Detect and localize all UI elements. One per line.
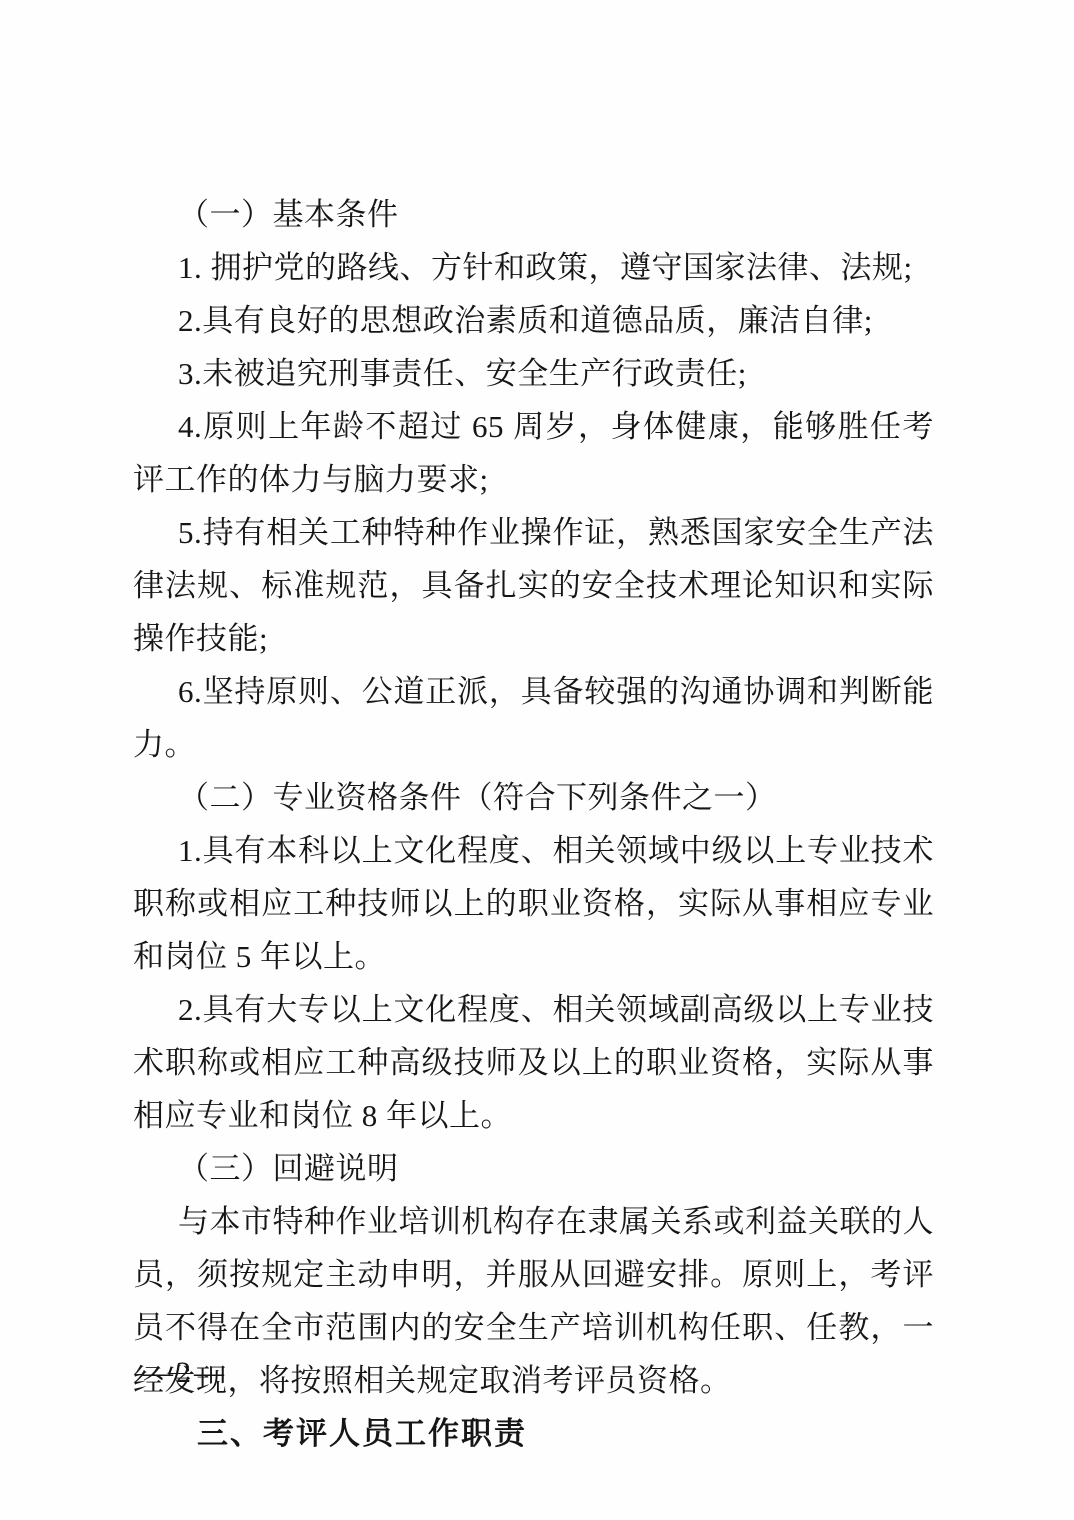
- paragraph-recusal-body: 与本市特种作业培训机构存在隶属关系或利益关联的人员，须按规定主动申明，并服从回避…: [133, 1195, 934, 1407]
- paragraph-item-5: 5.持有相关工种特种作业操作证，熟悉国家安全生产法律法规、标准规范，具备扎实的安…: [133, 506, 934, 665]
- paragraph-qualification-2: 2.具有大专以上文化程度、相关领域副高级以上专业技术职称或相应工种高级技师及以上…: [133, 983, 934, 1142]
- subheading-professional-qualifications: （二）专业资格条件（符合下列条件之一）: [133, 771, 934, 824]
- paragraph-item-1: 1. 拥护党的路线、方针和政策，遵守国家法律、法规;: [133, 241, 934, 294]
- page-number: —2—: [143, 1356, 227, 1390]
- paragraph-item-6: 6.坚持原则、公道正派，具备较强的沟通协调和判断能力。: [133, 665, 934, 771]
- subheading-basic-conditions: （一）基本条件: [133, 188, 934, 241]
- subheading-recusal-note: （三）回避说明: [133, 1142, 934, 1195]
- document-page: （一）基本条件 1. 拥护党的路线、方针和政策，遵守国家法律、法规; 2.具有良…: [0, 0, 1074, 1520]
- paragraph-item-3: 3.未被追究刑事责任、安全生产行政责任;: [133, 347, 934, 400]
- section-heading-duties: 三、考评人员工作职责: [133, 1407, 934, 1460]
- paragraph-qualification-1: 1.具有本科以上文化程度、相关领域中级以上专业技术职称或相应工种技师以上的职业资…: [133, 824, 934, 983]
- paragraph-item-2: 2.具有良好的思想政治素质和道德品质，廉洁自律;: [133, 294, 934, 347]
- document-body: （一）基本条件 1. 拥护党的路线、方针和政策，遵守国家法律、法规; 2.具有良…: [133, 188, 934, 1460]
- paragraph-item-4: 4.原则上年龄不超过 65 周岁，身体健康，能够胜任考评工作的体力与脑力要求;: [133, 400, 934, 506]
